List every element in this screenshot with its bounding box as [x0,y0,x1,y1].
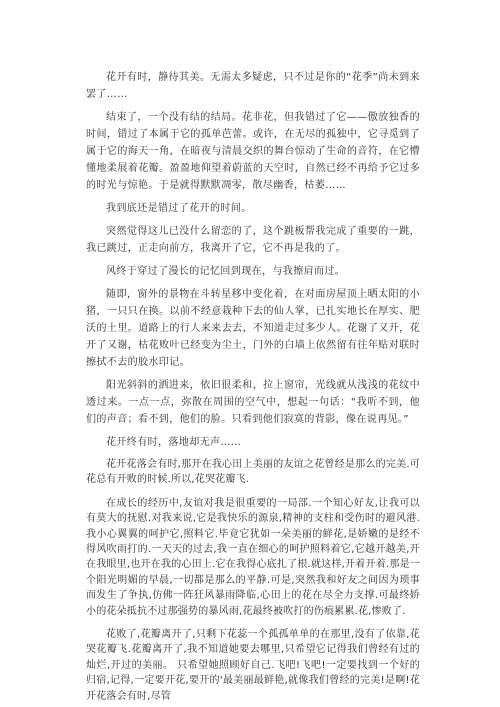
essay-section-lower: 花开花落会有时,那开在我心田上美丽的友谊之花曾经是那么的完美.可花总有开败的时候… [86,457,420,704]
paragraph-5: 风终于穿过了漫长的记忆回到现在，与我擦肩而过。 [86,263,420,280]
paragraph-6: 随即，窗外的景物在斗转星移中变化着，在对面房屋顶上晒太阳的小猪，一只只在换。以前… [86,286,420,371]
paragraph-9: 花开花落会有时,那开在我心田上美丽的友谊之花曾经是那么的完美.可花总有开败的时候… [86,457,420,488]
paragraph-3: 我到底还是错过了花开的时间。 [86,200,420,217]
paragraph-2: 结束了，一个没有结的结局。花非花，但我错过了它——傲放独香的时间，错过了本属于它… [86,109,420,194]
document-page: 花开有时，静待其美。无需太多疑虑，只不过是你的“花季”尚未到来罢了…… 结束了，… [0,0,500,707]
paragraph-7: 阳光斜斜的洒进来，依旧很柔和，拉上窗帘，光线就从浅浅的花纹中透过来。一点一点，弥… [86,377,420,428]
paragraph-10: 在成长的经历中,友谊对我是很重要的一局部.一个知心好友,让我可以有莫大的抚慰.对… [86,496,420,619]
paragraph-4: 突然觉得这儿已没什么留恋的了，这个跳板帮我完成了重要的一跳，我已跳过，正走向前方… [86,223,420,257]
paragraph-8: 花开终有时，落地却无声…… [86,434,420,451]
paragraph-11: 花败了,花瓣离开了,只剩下花蕊一个孤孤单单的在那里,没有了依靠,花哭花瓣飞.花瓣… [86,627,420,704]
paragraph-1: 花开有时，静待其美。无需太多疑虑，只不过是你的“花季”尚未到来罢了…… [86,69,420,103]
essay-section-upper: 花开有时，静待其美。无需太多疑虑，只不过是你的“花季”尚未到来罢了…… 结束了，… [86,69,420,451]
